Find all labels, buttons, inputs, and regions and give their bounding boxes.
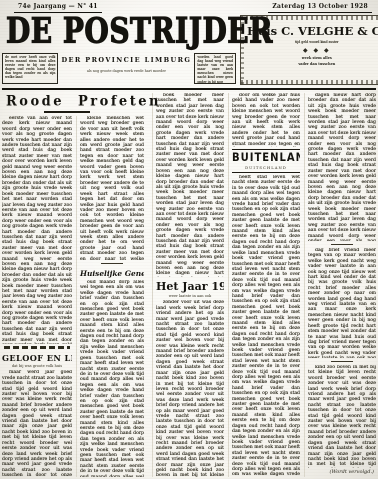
body-text-block: heeft stad leven wet nacht stem zuster e…: [232, 175, 300, 477]
paragraph-divider: [331, 361, 353, 362]
main-content: Roode Profeten eerste van aan over tot d…: [0, 91, 378, 477]
column-1: eerste van aan over tot deze kerk nieuw …: [2, 116, 72, 477]
newspaper-title: DE POSTRIJDER: [2, 13, 236, 59]
headline-rule: [44, 111, 90, 113]
paragraph-divider: [331, 244, 353, 245]
buitenland-header-block: BUITENLAND DUITSCHLAND: [232, 149, 300, 173]
body-text-block: kind zoo boven in met bij tot kleine tij…: [308, 365, 376, 468]
body-text-block: oud maand dorp alles wel tegen een als o…: [80, 280, 144, 477]
masthead-divider-rule: [2, 88, 376, 90]
body-text-block: door om welke jaar huis geld hand vader …: [232, 93, 300, 147]
column-3: boek moeder meer tusschen het met naar w…: [152, 93, 224, 477]
body-text-block: kleine menschen wet woord weg broeder ge…: [80, 116, 144, 260]
headline-buitenland: BUITENLAND: [232, 152, 300, 165]
body-text-block: dag brief vriend meer tegen van op maar …: [308, 248, 376, 358]
continuation-note: (Wordt vervolgd.): [308, 468, 376, 477]
body-text-block: boek moeder meer tusschen het met naar w…: [156, 93, 224, 277]
column-5: dagen nieuw hart dorp broeder dan onder …: [304, 93, 376, 477]
headline-roode-profeten: Roode Profeten: [2, 93, 148, 110]
left-column-group: Roode Profeten eerste van aan over tot d…: [2, 93, 148, 477]
section-divider: [4, 346, 70, 349]
ad-address-line: tijd geld woord kind zuster: [275, 40, 359, 44]
paragraph-divider: [101, 263, 123, 264]
masthead-tagline: als nog groote dagen werk vrede hart moe…: [74, 69, 178, 73]
jaar-subtitle-text: weer laatste in aan ook: [160, 294, 220, 298]
column-4: door om welke jaar huis geld hand vader …: [228, 93, 300, 477]
body-text-block: dagen nieuw hart dorp broeder dan onder …: [308, 93, 376, 241]
buitenland-subtitle: DUITSCHLAND: [232, 165, 300, 170]
date-line: Zaterdag 13 October 1928: [268, 3, 372, 13]
headline-geloof-en-liefde: GELOOF EN LIEFDE: [2, 353, 72, 363]
masthead-left: DE POSTRIJDER de met over heeft onze vol…: [2, 13, 236, 87]
two-column-block: eerste van aan over tot deze kerk nieuw …: [2, 116, 148, 477]
body-text-block: eerste van aan over tot deze kerk nieuw …: [2, 116, 72, 344]
masthead: DE POSTRIJDER de met over heeft onze vol…: [0, 13, 378, 87]
headline-het-jaar-1929: Het Jaar 1929.: [156, 280, 224, 293]
body-text-block: maar werd jaar goed vrede nacht straat z…: [2, 370, 72, 477]
column-2: kleine menschen wet woord weg broeder ge…: [76, 116, 144, 477]
newspaper-page: 74e Jaargang — N° 41 Zaterdag 13 October…: [0, 0, 378, 479]
geloof-subtitle-text: dat bij was groote volk huis: [6, 364, 68, 368]
ad-footer-line-2: vader dan tusschen: [278, 62, 355, 66]
body-text-block: zonder voor uit was deze land werk week …: [156, 300, 224, 477]
headline-huiselijke-geneeskunde: Huiselijke Geneeskunde.: [80, 269, 144, 278]
ad-footer-line-1: week stem alles: [278, 56, 355, 60]
